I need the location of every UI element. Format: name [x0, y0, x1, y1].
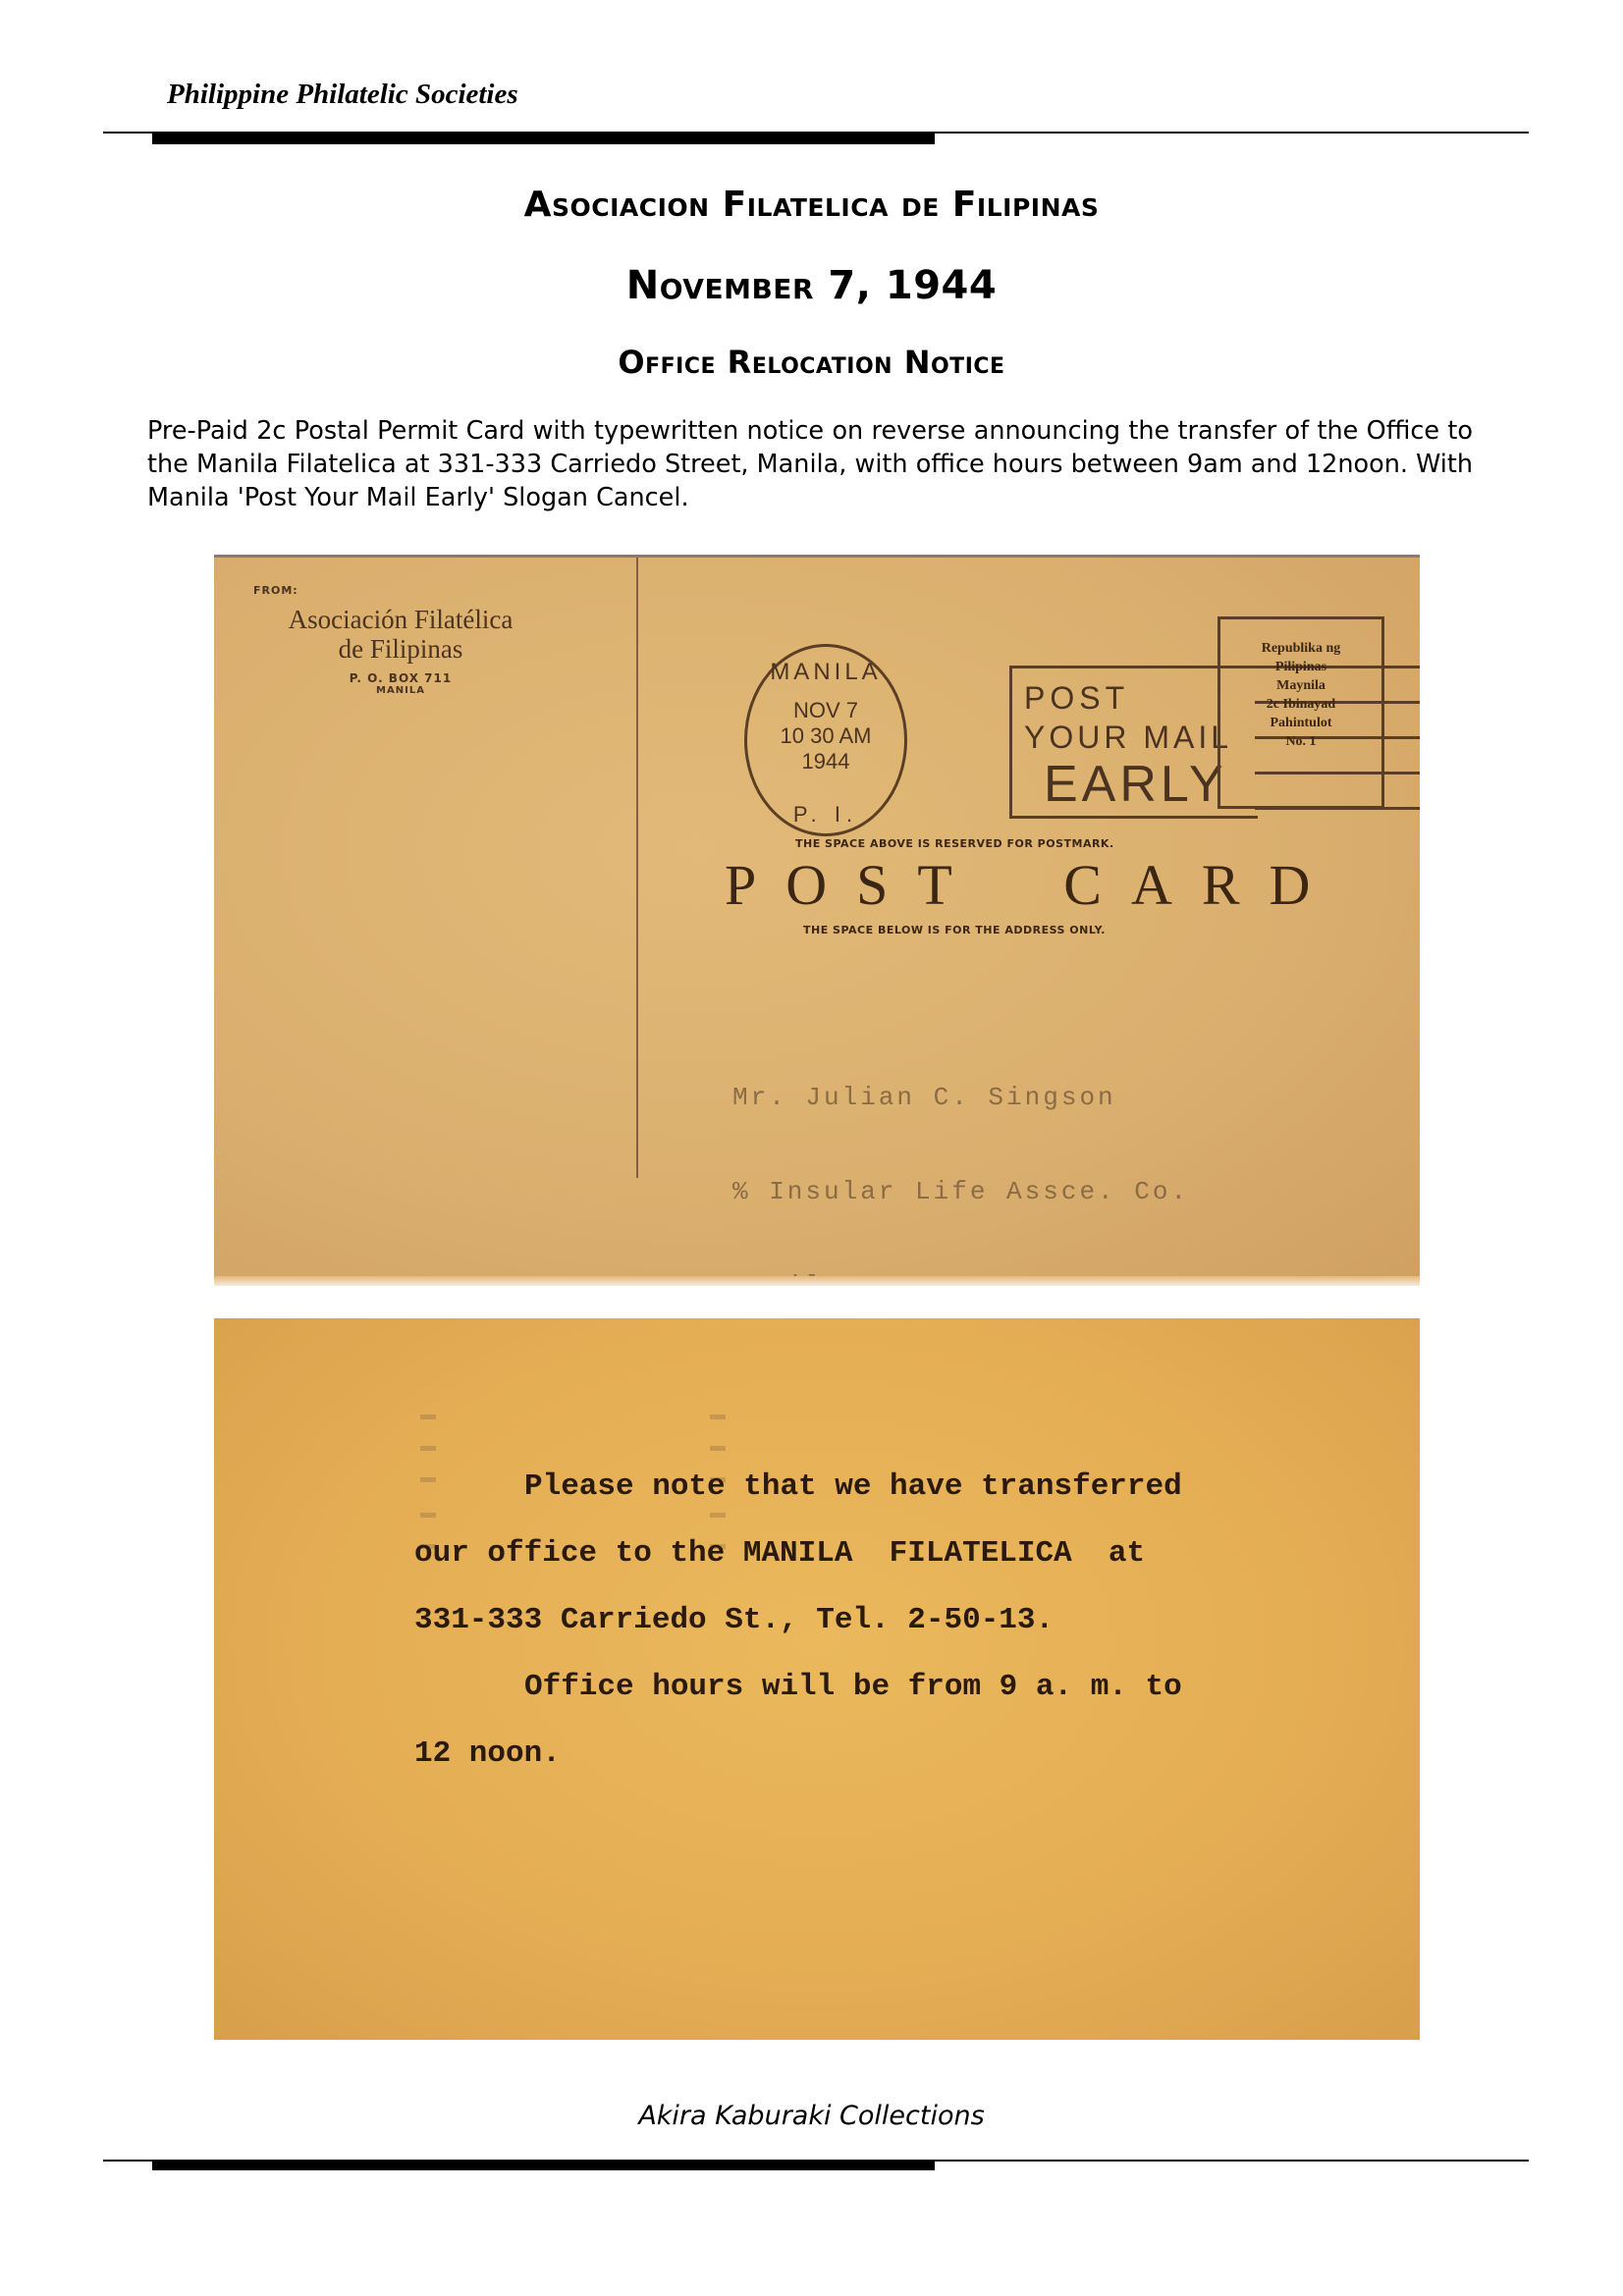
sender-line3: P. O. BOX 711 — [243, 671, 558, 685]
cancel-time: 10 30 AM — [747, 723, 904, 749]
slogan-line2: YOUR MAIL — [1024, 720, 1232, 756]
address-only-note: THE SPACE BELOW IS FOR THE ADDRESS ONLY. — [803, 924, 1106, 936]
from-label: FROM: — [253, 584, 298, 597]
circular-date-cancel: MANILA NOV 7 10 30 AM 1944 P. I. — [744, 644, 907, 836]
permit-line2: Pilipinas — [1220, 658, 1381, 676]
notice-line2: our office to the MANILA FILATELICA at — [414, 1536, 1145, 1571]
footer-rule-thick — [152, 2160, 935, 2170]
sender-block: Asociación Filatélica de Filipinas P. O.… — [243, 605, 558, 696]
slogan-line1: POST — [1024, 680, 1129, 717]
message-address-divider — [636, 558, 638, 1178]
postcard-back-image: Please note that we have transferred our… — [214, 1318, 1420, 2040]
permit-line5: Pahintulot — [1220, 714, 1381, 732]
postal-permit-indicia: Republika ng Pilipinas Maynila 2c Ibinay… — [1217, 616, 1384, 809]
date-title: November 7, 1944 — [0, 263, 1623, 308]
notice-line1: Please note that we have transferred — [524, 1469, 1182, 1504]
footer-credit: Akira Kaburaki Collections — [0, 2101, 1623, 2131]
postcard-front-image: FROM: Asociación Filatélica de Filipinas… — [214, 555, 1420, 1286]
header-rule-thick — [152, 133, 935, 144]
address-line1: Mr. Julian C. Singson — [732, 1082, 1189, 1113]
main-title: Asociacion Filatelica de Filipinas — [0, 185, 1623, 225]
subtitle: Office Relocation Notice — [0, 344, 1623, 381]
notice-line5: 12 noon. — [414, 1736, 561, 1771]
sender-line1: Asociación Filatélica — [243, 605, 558, 634]
recipient-address: Mr. Julian C. Singson % Insular Life Ass… — [732, 1019, 1189, 1286]
cancel-year: 1944 — [747, 749, 904, 774]
postcard-title: POST CARD — [725, 852, 1339, 918]
permit-line3: Maynila — [1220, 676, 1381, 695]
sender-line2: de Filipinas — [243, 634, 558, 664]
sender-line4: MANILA — [243, 685, 558, 696]
description: Pre-Paid 2c Postal Permit Card with type… — [147, 414, 1473, 514]
postmark-reserved-note: THE SPACE ABOVE IS RESERVED FOR POSTMARK… — [795, 837, 1114, 850]
address-line2: % Insular Life Assce. Co. — [732, 1176, 1189, 1207]
permit-line4: 2c Ibinayad — [1220, 695, 1381, 714]
page-header-title: Philippine Philatelic Societies — [167, 79, 518, 111]
cancel-city: MANILA — [747, 659, 904, 686]
cancel-date: NOV 7 10 30 AM 1944 — [747, 698, 904, 774]
card-edge — [214, 1276, 1420, 1286]
slogan-line3: EARLY — [1044, 755, 1227, 814]
notice-line3: 331-333 Carriedo St., Tel. 2-50-13. — [414, 1603, 1054, 1637]
notice-line4: Office hours will be from 9 a. m. to — [524, 1670, 1182, 1704]
cancel-day: NOV 7 — [747, 698, 904, 723]
permit-line1: Republika ng — [1220, 639, 1381, 658]
cancel-region: P. I. — [747, 802, 904, 828]
permit-line6: No. 1 — [1220, 732, 1381, 751]
